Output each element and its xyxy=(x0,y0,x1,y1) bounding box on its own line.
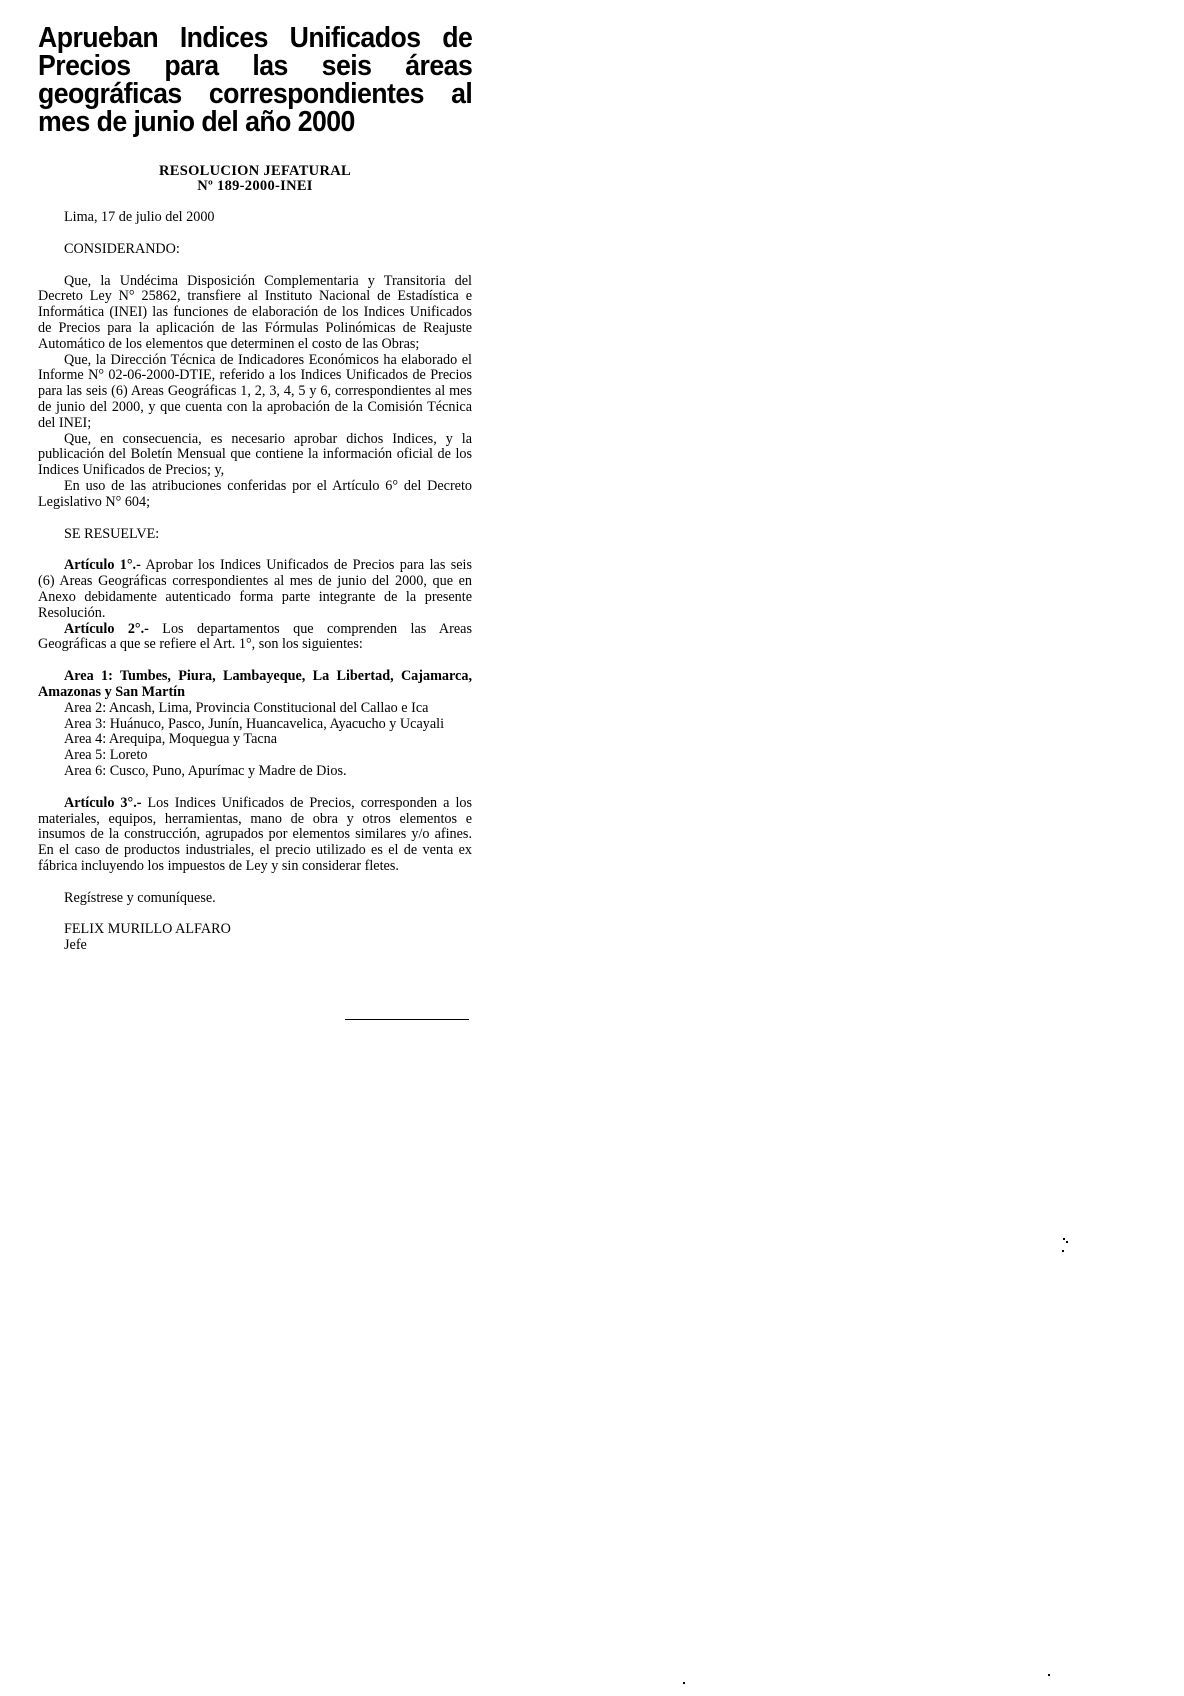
resolution-number: Nº 189-2000-INEI xyxy=(38,179,472,194)
considerando-paragraph: Que, la Dirección Técnica de Indicadores… xyxy=(38,353,472,432)
scan-speck xyxy=(1048,1674,1050,1676)
considerando-paragraph: Que, la Undécima Disposición Complementa… xyxy=(38,274,472,353)
considerando-paragraph: En uso de las atribuciones conferidas po… xyxy=(38,479,472,511)
resolution-type: RESOLUCION JEFATURAL xyxy=(38,164,472,179)
scan-speck xyxy=(1063,1238,1065,1240)
area-list: Area 1: Tumbes, Piura, Lambayeque, La Li… xyxy=(38,669,472,780)
signature-block: FELIX MURILLO ALFARO Jefe xyxy=(38,922,472,954)
se-resuelve-heading: SE RESUELVE: xyxy=(38,527,472,543)
scan-speck xyxy=(1066,1241,1068,1243)
scan-speck xyxy=(1062,1250,1064,1252)
article-1-label: Artículo 1°.- xyxy=(64,557,141,573)
headline: Aprueban Indices Unificados de Precios p… xyxy=(38,24,472,136)
area-item: Area 1: Tumbes, Piura, Lambayeque, La Li… xyxy=(38,669,472,701)
area-item: Area 4: Arequipa, Moquegua y Tacna xyxy=(38,732,472,748)
article-1: Artículo 1°.- Aprobar los Indices Unific… xyxy=(38,558,472,621)
signatory-name: FELIX MURILLO ALFARO xyxy=(64,922,472,938)
considerando-paragraph: Que, en consecuencia, es necesario aprob… xyxy=(38,432,472,479)
article-3-label: Artículo 3°.- xyxy=(64,795,141,811)
article-2: Artículo 2°.- Los departamentos que comp… xyxy=(38,622,472,654)
article-3: Artículo 3°.- Los Indices Unificados de … xyxy=(38,796,472,875)
end-rule-divider xyxy=(345,1019,469,1020)
closing-formula: Regístrese y comuníquese. xyxy=(38,891,472,907)
scan-speck xyxy=(683,1682,685,1684)
resolution-header: RESOLUCION JEFATURAL Nº 189-2000-INEI xyxy=(38,164,472,194)
area-item: Area 6: Cusco, Puno, Apurímac y Madre de… xyxy=(38,764,472,780)
considerando-heading: CONSIDERANDO: xyxy=(38,242,472,258)
place-date: Lima, 17 de julio del 2000 xyxy=(38,210,472,226)
article-2-label: Artículo 2°.- xyxy=(64,621,149,637)
area-item: Area 2: Ancash, Lima, Provincia Constitu… xyxy=(38,701,472,717)
resolution-document: Aprueban Indices Unificados de Precios p… xyxy=(38,24,472,954)
area-item: Area 5: Loreto xyxy=(38,748,472,764)
signatory-title: Jefe xyxy=(64,938,472,954)
area-item: Area 3: Huánuco, Pasco, Junín, Huancavel… xyxy=(38,717,472,733)
